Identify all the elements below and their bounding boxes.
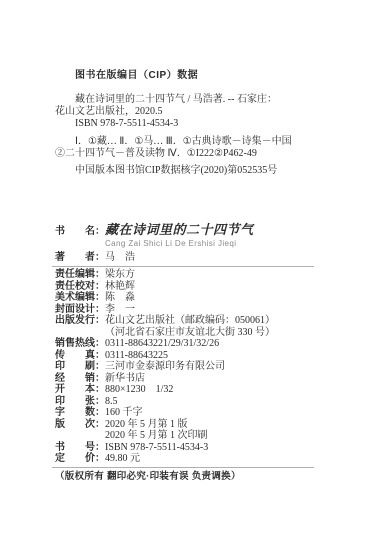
cip-record-line-1: 藏在诗词里的二十四节气 / 马浩著. -- 石家庄： <box>55 94 317 106</box>
cip-registry-number: 中国版本图书馆CIP数据核字(2020)第052535号 <box>55 165 317 177</box>
imprint-row: 出版发行：花山文艺出版社（邮政编码：050061） （河北省石家庄市友谊北大街 … <box>55 315 317 338</box>
imprint-row: 定 价：49.80 元 <box>55 453 317 465</box>
cip-data-block: 图书在版编目（CIP）数据 藏在诗词里的二十四节气 / 马浩著. -- 石家庄：… <box>55 70 317 177</box>
imprint-row-value: 49.80 元 <box>105 453 140 464</box>
imprint-row-label: 责任编辑： <box>55 269 105 281</box>
colophon-block: 书 名：藏在诗词里的二十四节气 Cang Zai Shici Li De Ers… <box>55 222 317 482</box>
imprint-row-value: 花山文艺出版社（邮政编码：050061） <box>105 315 275 326</box>
cip-classification-line-1: Ⅰ．①藏… Ⅱ．①马… Ⅲ．①古典诗歌－诗集－中国 <box>55 136 317 148</box>
imprint-row-continuation: （河北省石家庄市友谊北大街 330 号） <box>105 327 317 339</box>
author-label: 著 者： <box>55 252 105 264</box>
book-title-label: 书 名： <box>55 224 105 239</box>
cip-record-line-2: 花山文艺出版社，2020.5 <box>55 106 317 118</box>
imprint-row-label: 版 次： <box>55 419 105 431</box>
imprint-row-label: 出版发行： <box>55 315 105 327</box>
imprint-row-label: 销售热线： <box>55 338 105 350</box>
imprint-row: 传 真：0311-88643225 <box>55 350 317 362</box>
imprint-row-label: 印 刷： <box>55 361 105 373</box>
cip-isbn-line: ISBN 978-7-5511-4534-3 <box>55 118 317 130</box>
imprint-row-label: 经 销： <box>55 373 105 385</box>
imprint-row-value: 2020 年 5 月第 1 版 <box>105 419 188 430</box>
imprint-row: 版 次：2020 年 5 月第 1 版 2020 年 5 月第 1 次印刷 <box>55 419 317 442</box>
imprint-row: 书 号：ISBN 978-7-5511-4534-3 <box>55 442 317 454</box>
imprint-row-label: 定 价： <box>55 453 105 465</box>
imprint-row-label: 传 真： <box>55 350 105 362</box>
imprint-row: 销售热线：0311-88643221/29/31/32/26 <box>55 338 317 350</box>
copyright-notice: （版权所有 翻印必究·印装有误 负责调换） <box>55 471 317 482</box>
imprint-row-value: 三河市金泰源印务有限公司 <box>105 361 225 372</box>
imprint-row-value: 0311-88643221/29/31/32/26 <box>105 338 219 349</box>
imprint-row: 美术编辑：陈 淼 <box>55 292 317 304</box>
imprint-row-value: 880×1230 1/32 <box>105 384 173 395</box>
imprint-row-label: 开 本： <box>55 384 105 396</box>
imprint-row-label: 书 号： <box>55 442 105 454</box>
cip-heading: 图书在版编目（CIP）数据 <box>55 70 317 82</box>
book-title-pinyin: Cang Zai Shici Li De Ershisi Jieqi <box>105 239 317 248</box>
book-title-row: 书 名：藏在诗词里的二十四节气 <box>55 222 317 239</box>
imprint-row: 经 销：新华书店 <box>55 373 317 385</box>
imprint-row: 印 张：8.5 <box>55 396 317 408</box>
imprint-row-value: 0311-88643225 <box>105 350 168 361</box>
imprint-row: 字 数：160 千字 <box>55 407 317 419</box>
imprint-row: 印 刷：三河市金泰源印务有限公司 <box>55 361 317 373</box>
author-name: 马 浩 <box>105 252 135 263</box>
imprint-rows: 责任编辑：梁东方 责任校对：林艳辉 美术编辑：陈 淼 封面设计：李 一 <box>55 269 317 465</box>
imprint-row-value: 160 千字 <box>105 407 143 418</box>
imprint-row: 责任编辑：梁东方 <box>55 269 317 281</box>
imprint-row-value: 林艳辉 <box>105 281 135 292</box>
imprint-row-value: 新华书店 <box>105 373 145 384</box>
imprint-row-value: 李 一 <box>105 304 135 315</box>
author-row: 著 者：马 浩 <box>55 252 317 264</box>
imprint-row-value: ISBN 978-7-5511-4534-3 <box>105 442 208 453</box>
cip-classification-line-2: ②二十四节气－普及读物 Ⅳ．①I222②P462-49 <box>55 148 317 160</box>
imprint-row-label: 责任校对： <box>55 281 105 293</box>
imprint-row-continuation: 2020 年 5 月第 1 次印刷 <box>105 430 317 442</box>
imprint-row-value: 梁东方 <box>105 269 135 280</box>
imprint-row-value: 陈 淼 <box>105 292 135 303</box>
imprint-row: 封面设计：李 一 <box>55 304 317 316</box>
imprint-row-value: 8.5 <box>105 396 118 407</box>
divider-top <box>52 266 314 267</box>
imprint-row-label: 印 张： <box>55 396 105 408</box>
imprint-row-label: 封面设计： <box>55 304 105 316</box>
imprint-row-label: 美术编辑： <box>55 292 105 304</box>
imprint-row: 责任校对：林艳辉 <box>55 281 317 293</box>
imprint-row: 开 本：880×1230 1/32 <box>55 384 317 396</box>
imprint-row-label: 字 数： <box>55 407 105 419</box>
divider-bottom <box>52 467 314 468</box>
book-copyright-page: 图书在版编目（CIP）数据 藏在诗词里的二十四节气 / 马浩著. -- 石家庄：… <box>0 0 375 537</box>
book-title: 藏在诗词里的二十四节气 <box>105 222 254 237</box>
